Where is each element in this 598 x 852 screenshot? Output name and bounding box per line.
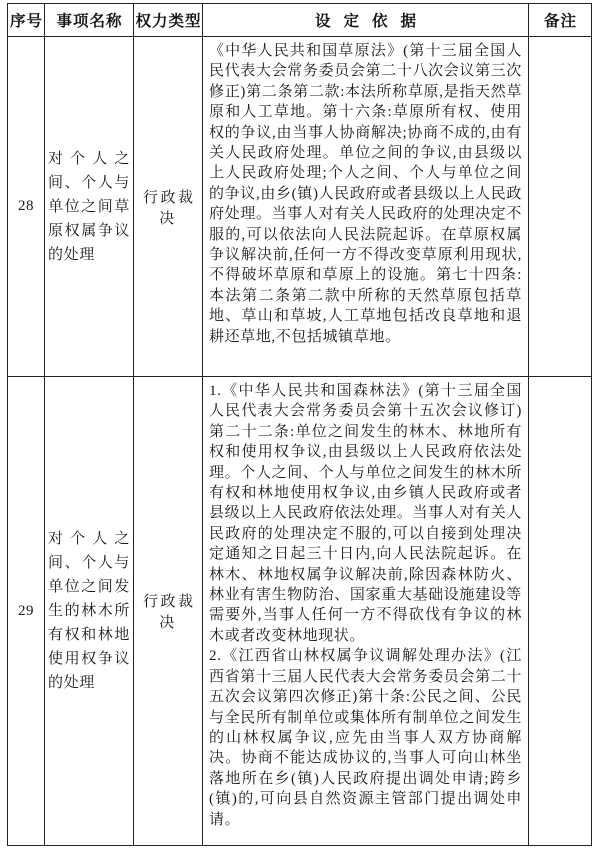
table-header-row: 序号 事项名称 权力类型 设定依据 备注 [8, 4, 592, 37]
item-name-text: 对个人之间、个人与单位之间草原权属争议的处理 [48, 147, 130, 267]
header-seq: 序号 [8, 4, 45, 37]
basis-paragraph-1: 1.《中华人民共和国森林法》(第十三届全国人民代表大会常务委员会第十五次会议修订… [209, 381, 522, 646]
table-row-28: 28 对个人之间、个人与单位之间草原权属争议的处理 行政裁决 《中华人民共和国草… [8, 37, 592, 377]
header-remark: 备注 [529, 4, 592, 37]
basis-paragraph: 《中华人民共和国草原法》(第十三届全国人民代表大会常务委员会第二十八次会议第三次… [209, 41, 522, 347]
power-type-cell: 行政裁决 [134, 37, 203, 377]
header-item-name: 事项名称 [45, 4, 134, 37]
table-row-29: 29 对个人之间、个人与单位之间发生的林木所有权和林地使用权争议的处理 行政裁决… [8, 377, 592, 846]
basis-paragraph-2: 2.《江西省山林权属争议调解处理办法》(江西省第十三届人民代表大会常务委员会第二… [209, 646, 522, 830]
item-name-cell: 对个人之间、个人与单位之间发生的林木所有权和林地使用权争议的处理 [45, 377, 134, 846]
remark-cell [529, 377, 592, 846]
seq-cell: 29 [8, 377, 45, 846]
seq-cell: 28 [8, 37, 45, 377]
power-list-table: 序号 事项名称 权力类型 设定依据 备注 28 对个人之间、个人与单位之间草原权… [7, 3, 592, 846]
item-name-text: 对个人之间、个人与单位之间发生的林木所有权和林地使用权争议的处理 [48, 527, 130, 695]
basis-cell: 1.《中华人民共和国森林法》(第十三届全国人民代表大会常务委员会第十五次会议修订… [203, 377, 529, 846]
header-power-type: 权力类型 [134, 4, 203, 37]
item-name-cell: 对个人之间、个人与单位之间草原权属争议的处理 [45, 37, 134, 377]
remark-cell [529, 37, 592, 377]
header-basis: 设定依据 [203, 4, 529, 37]
document-page: 序号 事项名称 权力类型 设定依据 备注 28 对个人之间、个人与单位之间草原权… [7, 3, 592, 846]
basis-cell: 《中华人民共和国草原法》(第十三届全国人民代表大会常务委员会第二十八次会议第三次… [203, 37, 529, 377]
power-type-cell: 行政裁决 [134, 377, 203, 846]
